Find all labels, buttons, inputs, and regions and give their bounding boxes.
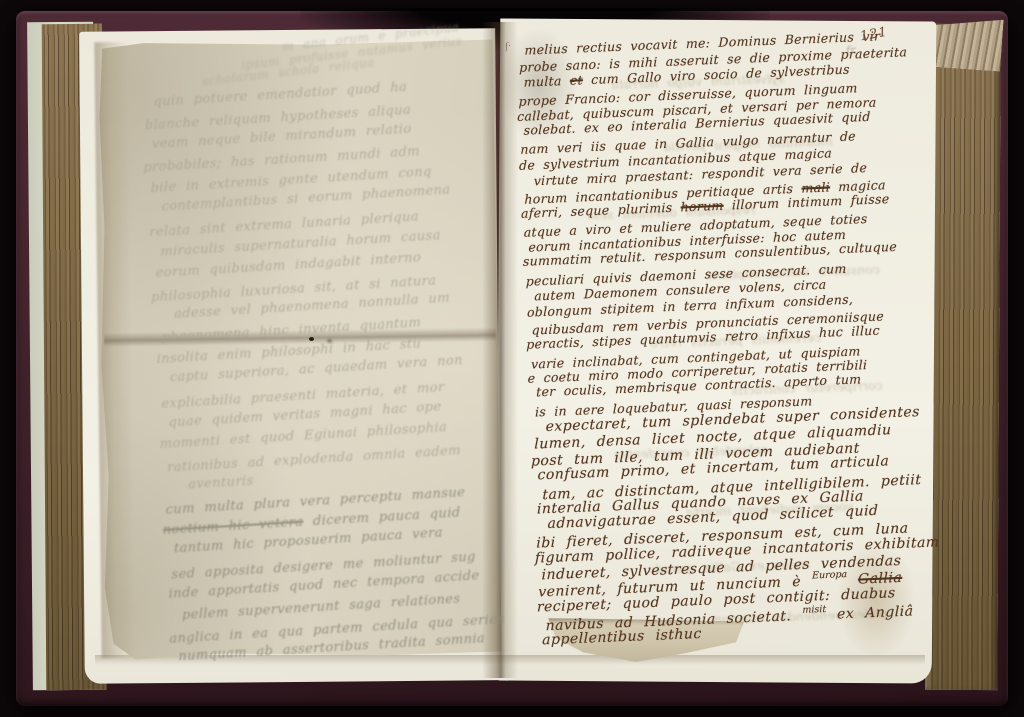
struck-word: horum [681, 198, 724, 215]
corner-flourish: fr [845, 44, 856, 58]
manuscript-text: melius rectius vocavit me: Dominus Berni… [514, 22, 939, 658]
interlinear-word: Europa [812, 569, 847, 581]
struck-word: et [570, 72, 583, 88]
interlinear-word: misit [802, 604, 826, 616]
manuscript-photo: sylvestrium vulgo narrataincantatio magi… [0, 0, 1024, 717]
showthrough-text-left: m ana orum e praecipuaipsum profuisse nu… [132, 22, 538, 653]
page-edges-fore-edge [925, 24, 1000, 690]
showthrough-line: aventuris [188, 474, 253, 493]
